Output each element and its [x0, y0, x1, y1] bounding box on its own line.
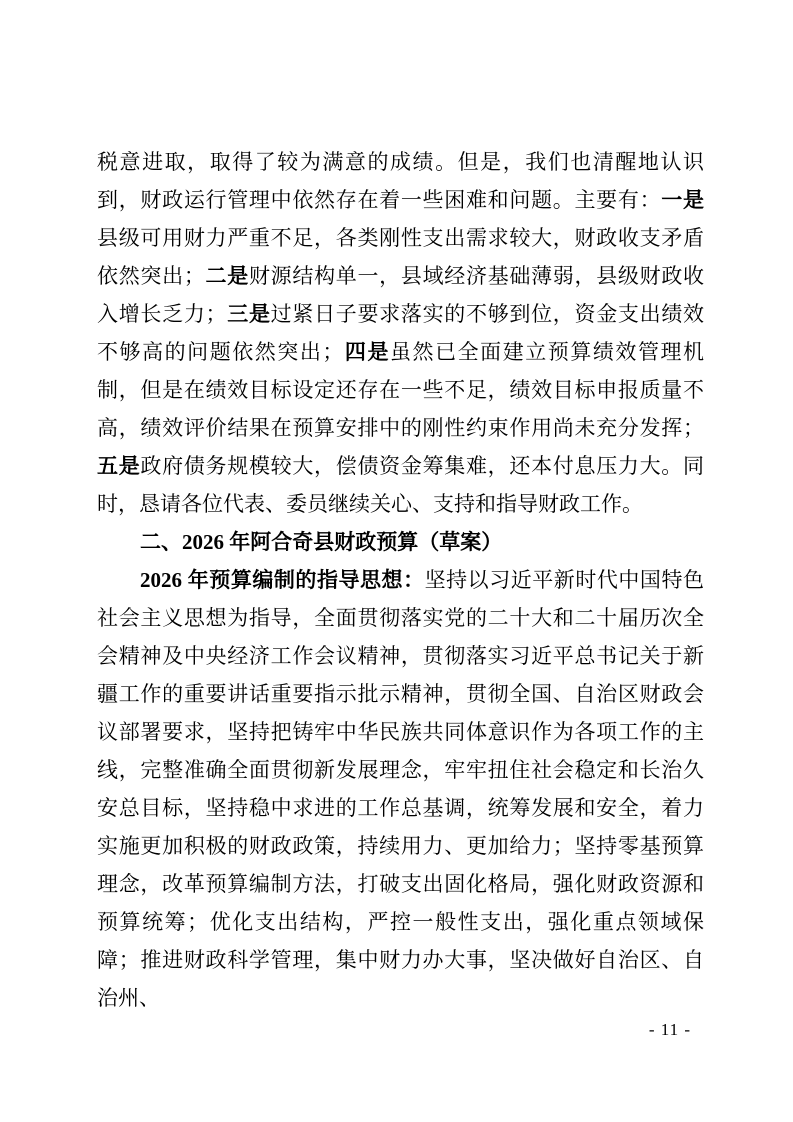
text-run: 税意进取，取得了较为满意的成绩。但是，我们也清醒地认识到，财政运行管理中依然存在…: [97, 150, 704, 212]
text-run: 坚持以习近平新时代中国特色社会主义思想为指导，全面贯彻落实党的二十大和二十届历次…: [97, 568, 704, 1010]
section-heading: 二、2026 年阿合奇县财政预算（草案）: [97, 523, 704, 561]
bold-text-run: 三是: [227, 302, 271, 326]
bold-text-run: 一是: [661, 188, 704, 212]
bold-text-run: 二是: [205, 264, 249, 288]
bold-text-run: 四是: [343, 340, 390, 364]
bold-text-run: 五是: [97, 454, 140, 478]
text-run: 政府债务规模较大，偿债资金筹集难，还本付息压力大。同时，恳请各位代表、委员继续关…: [97, 454, 704, 516]
document-body: 税意进取，取得了较为满意的成绩。但是，我们也清醒地认识到，财政运行管理中依然存在…: [97, 143, 704, 1017]
bold-text-run: 2026 年预算编制的指导思想：: [140, 568, 425, 592]
paragraph: 2026 年预算编制的指导思想：坚持以习近平新时代中国特色社会主义思想为指导，全…: [97, 561, 704, 1017]
page-number: - 11 -: [637, 1019, 703, 1041]
document-page: 税意进取，取得了较为满意的成绩。但是，我们也清醒地认识到，财政运行管理中依然存在…: [0, 0, 793, 1122]
paragraph: 税意进取，取得了较为满意的成绩。但是，我们也清醒地认识到，财政运行管理中依然存在…: [97, 143, 704, 523]
bold-text-run: 二、2026 年阿合奇县财政预算（草案）: [140, 530, 502, 554]
